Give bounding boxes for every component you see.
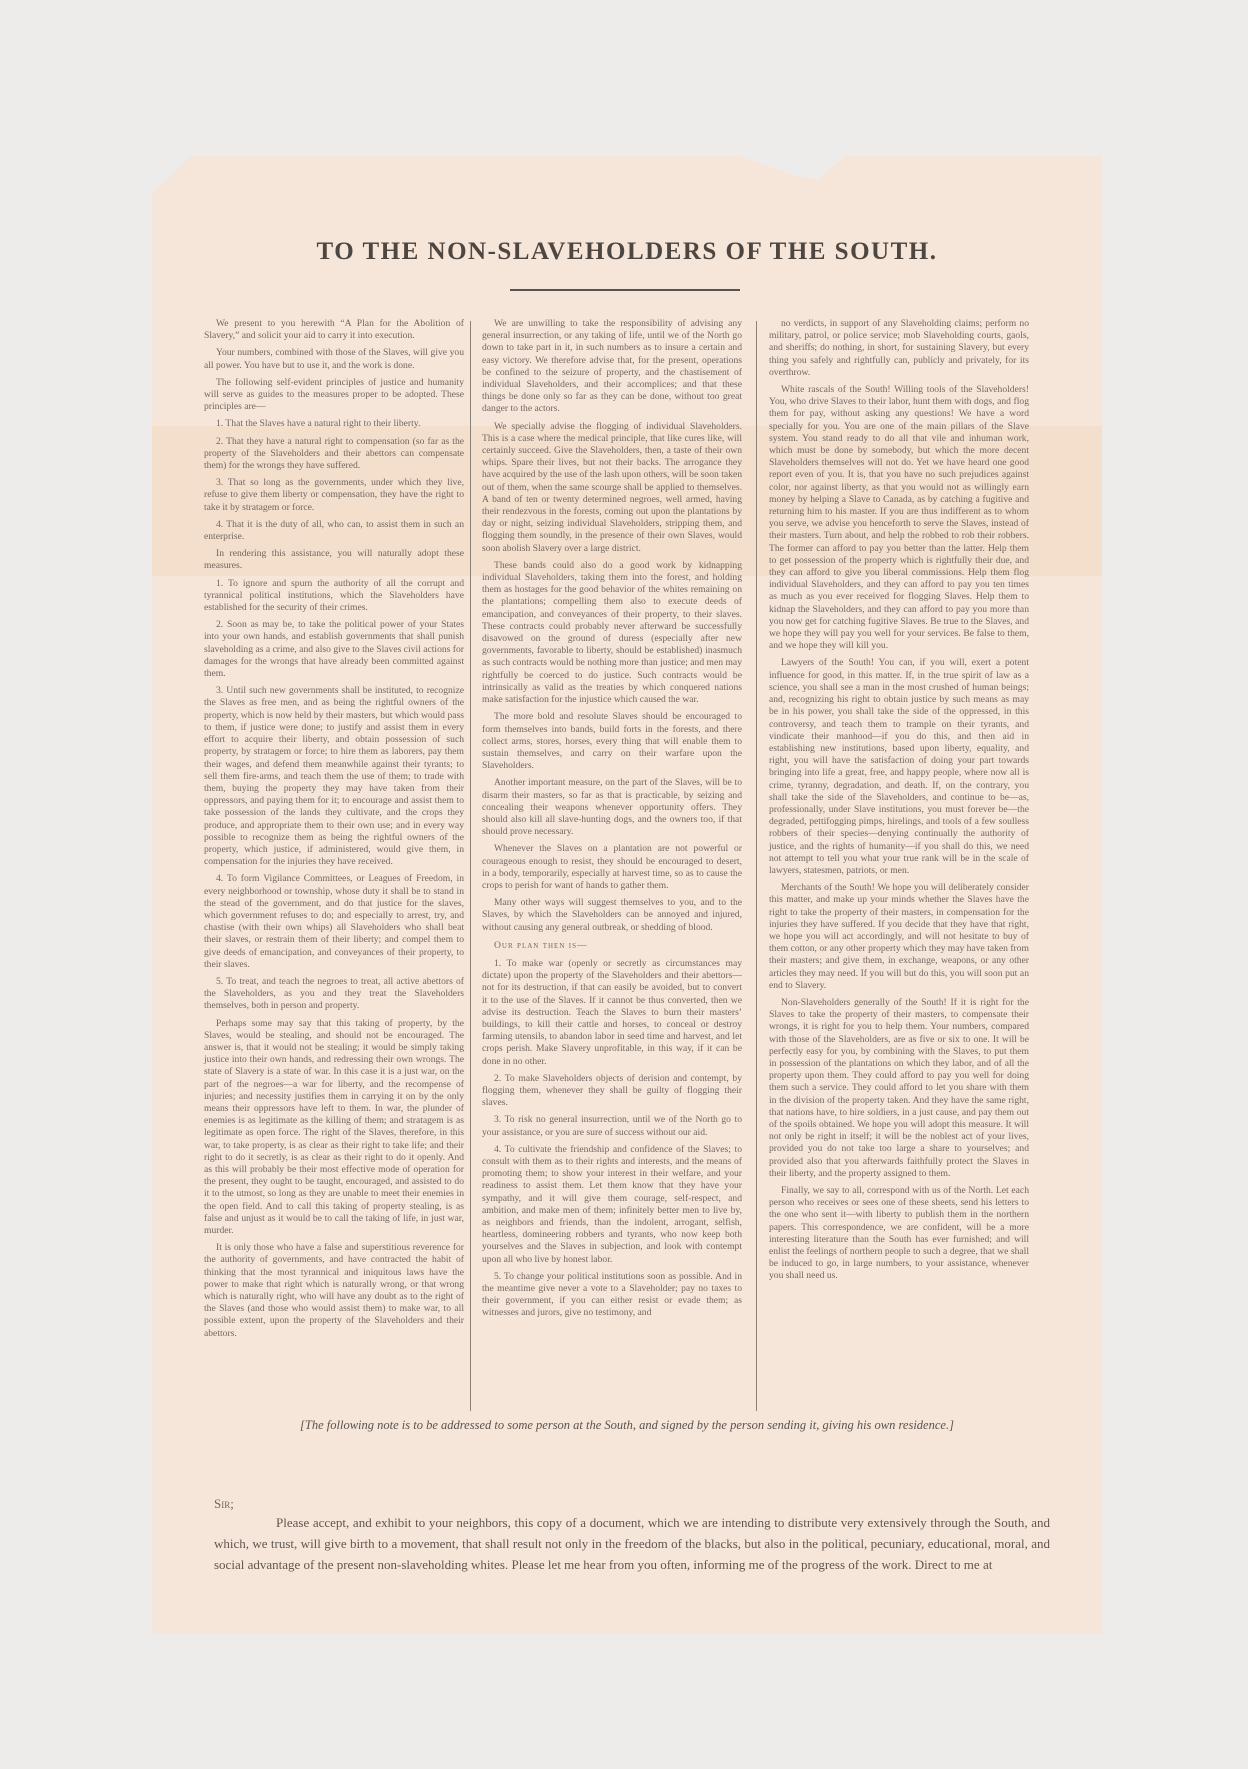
paragraph: 1. That the Slaves have a natural right …: [204, 418, 464, 430]
paragraph: Another important measure, on the part o…: [482, 777, 742, 838]
paragraph: 5. To change your political institutions…: [482, 1271, 742, 1320]
salutation: Sir;: [214, 1496, 234, 1512]
paragraph: 4. To form Vigilance Committees, or Leag…: [204, 873, 464, 971]
paragraph: These bands could also do a good work by…: [482, 560, 742, 706]
paragraph: Many other ways will suggest themselves …: [482, 897, 742, 934]
paragraph: no verdicts, in support of any Slavehold…: [769, 318, 1029, 379]
paragraph: Your numbers, combined with those of the…: [204, 347, 464, 371]
paragraph: 5. To treat, and teach the negroes to tr…: [204, 976, 464, 1013]
paragraph: White rascals of the South! Willing tool…: [769, 384, 1029, 652]
paragraph: Finally, we say to all, correspond with …: [769, 1185, 1029, 1283]
paragraph: Merchants of the South! We hope you will…: [769, 882, 1029, 992]
paragraph: 4. To cultivate the friendship and confi…: [482, 1144, 742, 1266]
paragraph: 2. That they have a natural right to com…: [204, 436, 464, 473]
paragraph: 3. That so long as the governments, unde…: [204, 477, 464, 514]
paragraph: 2. To make Slaveholders objects of deris…: [482, 1073, 742, 1110]
paragraph: 1. To ignore and spurn the authority of …: [204, 578, 464, 615]
paragraph: We present to you herewith “A Plan for t…: [204, 318, 464, 342]
column-1: We present to you herewith “A Plan for t…: [204, 318, 464, 1345]
paragraph: Lawyers of the South! You can, if you wi…: [769, 657, 1029, 877]
paragraph: 1. To make war (openly or secretly as ci…: [482, 958, 742, 1068]
paragraph: 4. That it is the duty of all, who can, …: [204, 519, 464, 543]
paragraph: It is only those who have a false and su…: [204, 1242, 464, 1340]
plan-heading: Our plan then is—: [494, 940, 742, 952]
document-title: TO THE NON-SLAVEHOLDERS OF THE SOUTH.: [152, 238, 1102, 266]
paragraph: We are unwilling to take the responsibil…: [482, 318, 742, 416]
column-3: no verdicts, in support of any Slavehold…: [769, 318, 1029, 1288]
paragraph: The following self-evident principles of…: [204, 377, 464, 414]
paragraph: 3. Until such new governments shall be i…: [204, 685, 464, 868]
paragraph: We specially advise the flogging of indi…: [482, 421, 742, 555]
column-divider: [470, 321, 471, 1411]
title-rule: [510, 289, 740, 291]
cover-letter: Please accept, and exhibit to your neigh…: [214, 1512, 1050, 1575]
paragraph: 2. Soon as may be, to take the political…: [204, 619, 464, 680]
paragraph: 3. To risk no general insurrection, unti…: [482, 1114, 742, 1138]
paragraph: Whenever the Slaves on a plantation are …: [482, 843, 742, 892]
paragraph: Perhaps some may say that this taking of…: [204, 1018, 464, 1238]
column-2: We are unwilling to take the responsibil…: [482, 318, 742, 1325]
instruction-note: [The following note is to be addressed t…: [152, 1418, 1102, 1433]
column-divider: [756, 321, 757, 1411]
paragraph: In rendering this assistance, you will n…: [204, 548, 464, 572]
broadside-sheet: TO THE NON-SLAVEHOLDERS OF THE SOUTH. We…: [152, 156, 1102, 1634]
paragraph: The more bold and resolute Slaves should…: [482, 711, 742, 772]
paragraph: Non-Slaveholders generally of the South!…: [769, 997, 1029, 1180]
